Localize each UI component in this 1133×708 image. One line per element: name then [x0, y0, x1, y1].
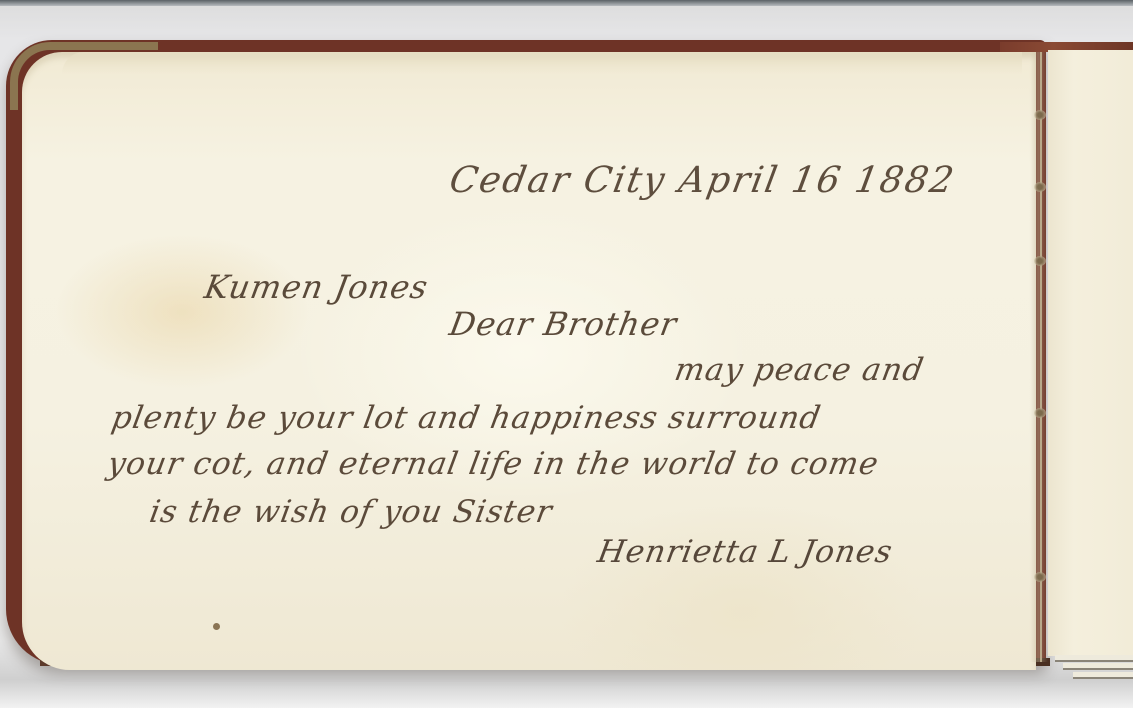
verse-line: your cot, and eternal life in the world … — [105, 446, 882, 482]
book-gutter — [1030, 52, 1048, 662]
binding-thread — [1040, 52, 1042, 662]
ink-spot — [213, 623, 220, 630]
recipient-name: Kumen Jones — [202, 268, 432, 306]
salutation: Dear Brother — [447, 305, 681, 343]
place-date-line: Cedar City April 16 1882 — [446, 160, 958, 201]
signature: Henrietta L Jones — [595, 534, 896, 570]
page-stack-edges — [1055, 655, 1133, 685]
verse-line: is the wish of you Sister — [147, 494, 556, 530]
stitch-knot — [1034, 408, 1046, 418]
page-top-discoloration — [62, 52, 1022, 74]
verse-line: plenty be your lot and happiness surroun… — [109, 400, 824, 436]
stitch-knot — [1034, 110, 1046, 120]
photo-top-edge — [0, 0, 1133, 6]
stitch-knot — [1034, 256, 1046, 266]
right-page — [1048, 50, 1133, 656]
verse-line: may peace and — [672, 352, 927, 388]
stitch-knot — [1034, 572, 1046, 582]
stitch-knot — [1034, 182, 1046, 192]
